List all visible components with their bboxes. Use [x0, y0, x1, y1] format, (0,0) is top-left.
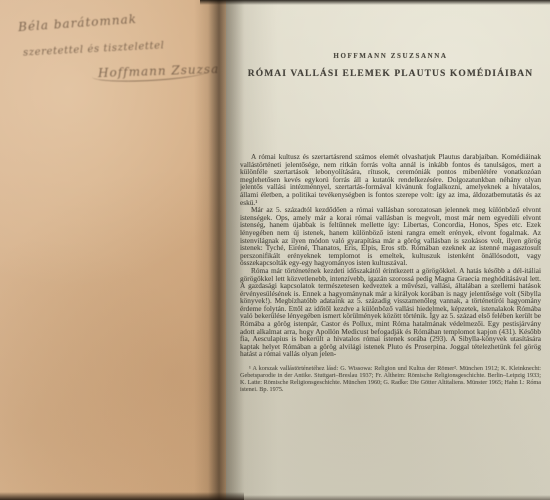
page-content: HOFFMANN ZSUZSANNA RÓMAI VALLÁSI ELEMEK … [240, 0, 541, 500]
signature-flourish [92, 64, 210, 83]
flyleaf-page: Béla barátomnak szeretettel és tisztelet… [0, 0, 228, 500]
body-paragraph-1: A római kultusz és szertartásrend számos… [240, 153, 541, 206]
handwritten-dedication-line2: szeretettel és tisztelettel [23, 40, 165, 58]
article-body: A római kultusz és szertartásrend számos… [240, 153, 541, 358]
book-photo: Béla barátomnak szeretettel és tisztelet… [0, 0, 550, 500]
article-title: RÓMAI VALLÁSI ELEMEK PLAUTUS KOMÉDIÁIBAN [240, 69, 541, 79]
handwritten-dedication-line1: Béla barátomnak [18, 12, 138, 34]
footnote-text: ¹ A korszak vallástörténetéhez lásd: G. … [240, 365, 541, 393]
body-paragraph-3: Róma már történetének kezdeti időszakátó… [240, 267, 541, 358]
author-name: HOFFMANN ZSUZSANNA [240, 52, 541, 60]
body-paragraph-2: Már az 5. századtól kezdődően a római va… [240, 206, 541, 267]
